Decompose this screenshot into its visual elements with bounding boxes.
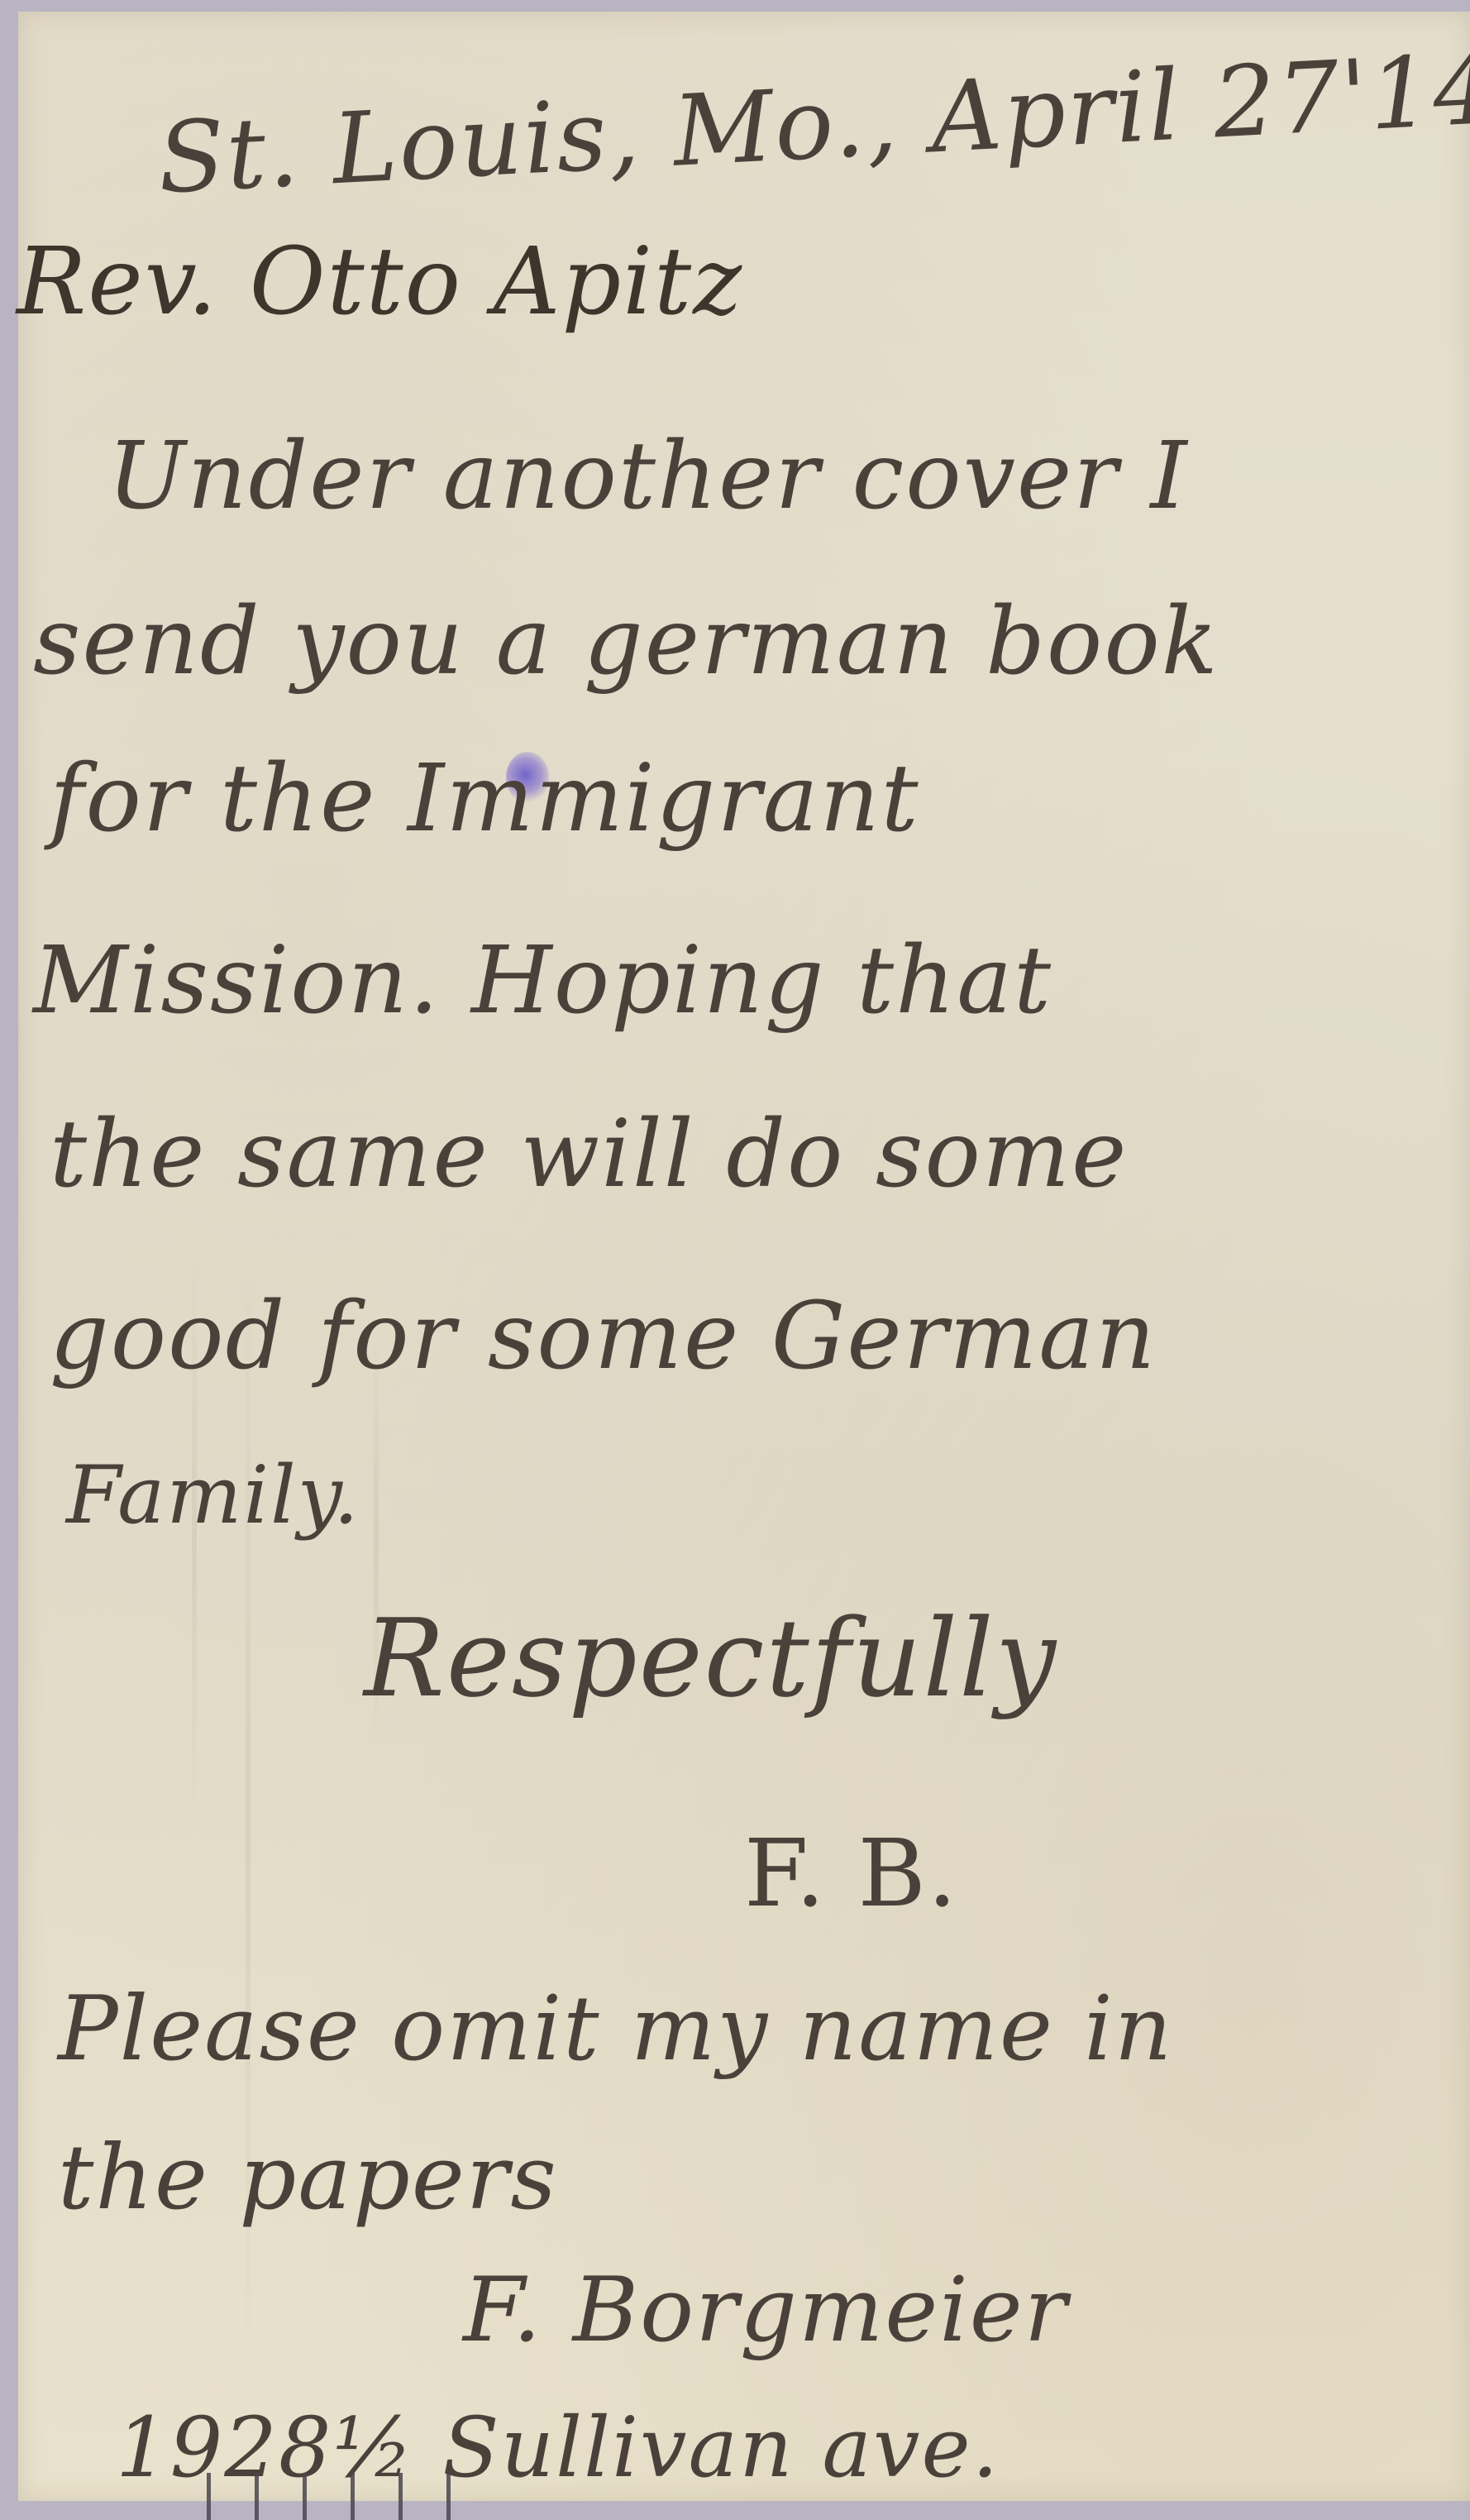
signature: F. Borgmeier [463, 2266, 1068, 2355]
closing: Respectfully [364, 1604, 1057, 1712]
postscript-line: the papers [58, 2134, 558, 2223]
body-line: Mission. Hoping that [33, 935, 1052, 1027]
stain [246, 1252, 251, 2410]
body-line: Under another cover I [107, 430, 1189, 523]
body-line: the same will do some [50, 1108, 1128, 1201]
postscript-line: Please omit my name in [58, 1985, 1173, 2074]
initials: F. B. [744, 1828, 958, 1920]
body-line: good for some German [50, 1290, 1157, 1383]
postmark-bars [207, 2473, 480, 2520]
body-line: send you a german book [33, 595, 1219, 688]
salutation: Rev. Otto Apitz [17, 236, 743, 328]
body-line: Family. [66, 1456, 360, 1535]
body-line: for the Immigrant [50, 753, 920, 845]
